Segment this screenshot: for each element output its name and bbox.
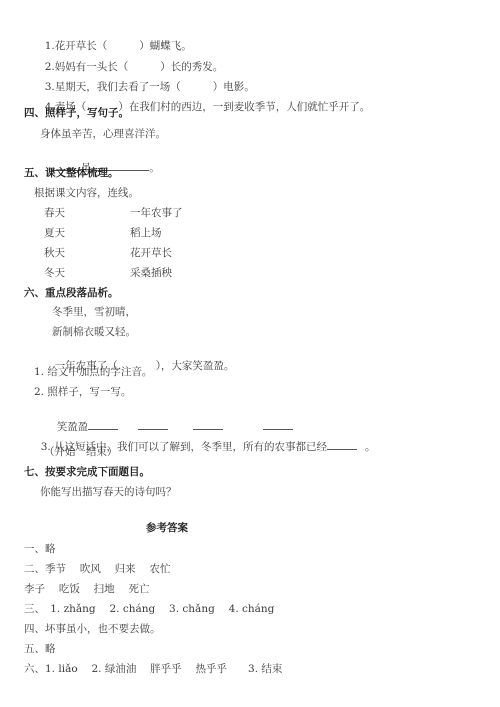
question-2: 2. 照样子，写一写。 [34,385,131,399]
section-heading-4: 四、照样子，写句子。 [24,106,129,120]
answer-line-7: 六、1. liǎo 2. 绿油油 胖乎乎 热乎乎 3. 结束 [24,662,282,676]
match-right-1[interactable]: 一年农事了 [130,206,183,220]
answer-line-2: 二、季节 吹风 归来 农忙 [24,562,171,576]
answer-line-5: 四、坏事虽小，也不要去做。 [24,622,161,636]
match-right-4[interactable]: 采桑插秧 [130,266,172,280]
passage-line-1: 冬季里，雪初晴， [52,305,136,319]
punctuation: 。 [149,162,160,174]
passage-text: ），大家笑盈盈。 [156,360,235,372]
answers-title: 参考答案 [146,521,188,535]
section-heading-6: 六、重点段落品析。 [24,286,119,300]
answer-line-1: 一、略 [24,542,56,556]
answer-blank[interactable] [327,439,357,450]
question-3-options: （开始 结束） [44,445,118,459]
passage-line-2: 新制棉衣暖又轻。 [52,325,136,339]
punctuation: 。 [365,441,376,453]
section-heading-7: 七、按要求完成下面题目。 [24,465,150,479]
instruction-text: 根据课文内容，连线。 [34,186,139,200]
question-text: 你能写出描写春天的诗句吗？ [40,485,177,499]
match-left-4[interactable]: 冬天 [44,266,65,280]
example-sentence: 身体虽辛苦，心理喜洋洋。 [40,127,166,141]
match-left-3[interactable]: 秋天 [44,246,65,260]
question-1: 1. 给文中加点的字注音。 [34,365,152,379]
match-left-1[interactable]: 春天 [44,206,65,220]
answer-line-6: 五、略 [24,642,56,656]
answer-line-4: 三、 1. zhǎng 2. cháng 3. chǎng 4. cháng [24,602,274,616]
section-heading-5: 五、课文整体梳理。 [24,166,119,180]
match-left-2[interactable]: 夏天 [44,226,65,240]
item-text: ）在我们村的西边，一到麦收季节，人们就忙乎开了。 [118,101,370,113]
match-right-2[interactable]: 稻上场 [130,226,162,240]
answer-line-3: 李子 吃饭 扫地 死亡 [24,582,150,596]
match-right-3[interactable]: 花开草长 [130,246,172,260]
